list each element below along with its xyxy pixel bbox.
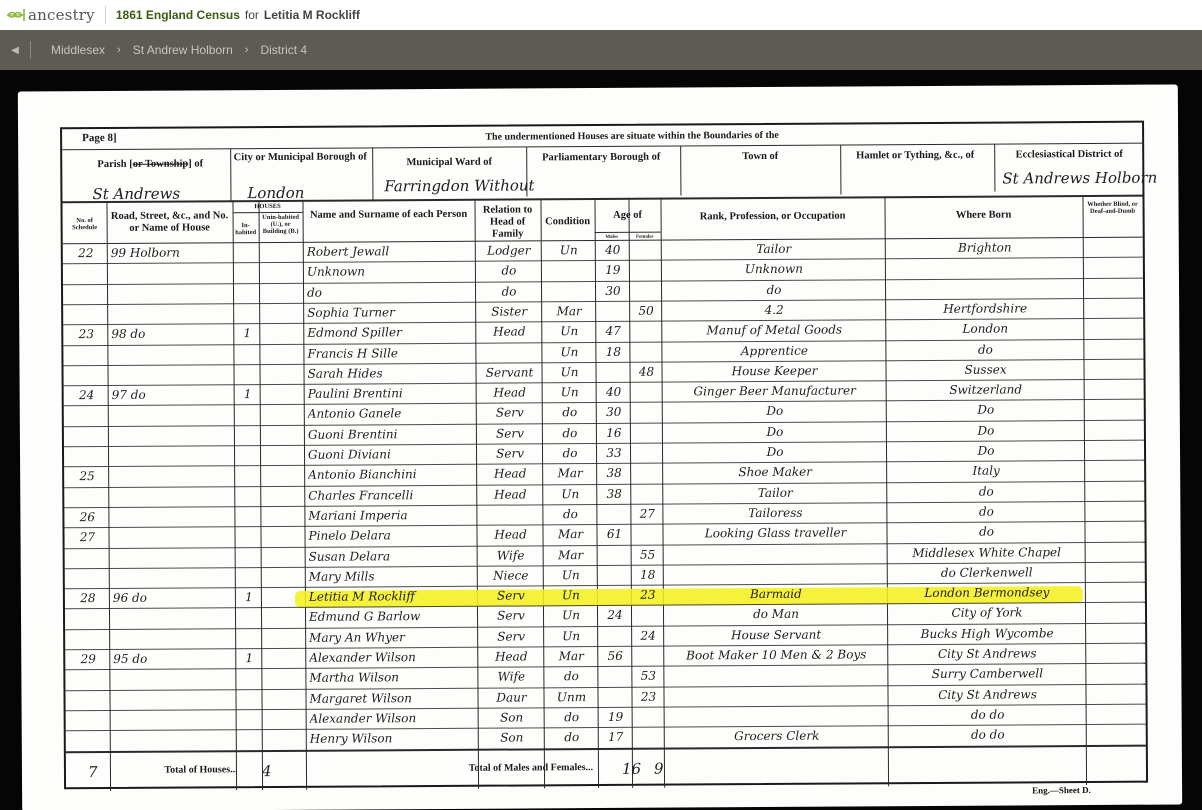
record-title: 1861 England Census [116,8,240,22]
cell-occupation: House Servant [667,627,885,642]
cell-occupation: Barmaid [667,586,885,601]
cell-condition: Un [547,608,595,622]
cell-occupation: Ginger Beer Manufacturer [666,383,884,398]
cell-male: 16 [600,426,628,440]
cell-female: 24 [635,628,661,642]
cell-relation: Head [480,385,540,399]
cell-name: Edmund G Barlow [309,609,475,624]
cell-occupation: Tailor [666,485,884,500]
cell-name: Sarah Hides [307,366,473,381]
cell-condition: Mar [546,527,594,541]
cell-road [112,408,232,409]
breadcrumb-item-county[interactable]: Middlesex [51,43,105,57]
total-houses-label: Total of Houses... [146,764,256,777]
total-schedules: 7 [88,763,98,781]
cell-relation: Wife [481,548,541,562]
column-header-males: Males [595,234,629,241]
town-header: Town of [680,151,840,164]
cell-name: Henry Wilson [310,731,476,746]
cell-born: Switzerland [890,382,1082,397]
cell-road [111,347,231,348]
cell-name: Alexander Wilson [309,650,475,665]
city-header: City or Municipal Borough of [230,151,370,164]
cell-male: 47 [599,324,627,338]
cell-name: Mary Mills [309,569,475,584]
cell-born: Bucks High Wycombe [891,626,1083,641]
cell-road [112,448,232,449]
cell-name: Margaret Wilson [309,690,475,705]
column-header-inhabited: In-habited [234,222,258,236]
cell-born: London [889,321,1081,336]
cell-condition: Un [547,629,595,643]
cell-male: 40 [599,243,627,257]
cell-male: 18 [599,344,627,358]
cell-road [113,631,233,632]
column-header-condition: Condition [543,216,593,228]
cell-condition: Unm [547,690,595,704]
leaf-sprout-icon [6,7,26,23]
cell-occupation: Apprentice [665,343,883,358]
cell-relation: Head [479,325,539,339]
cell-born: City St Andrews [891,687,1083,702]
cell-occupation [667,546,885,547]
cell-name: Mary An Whyer [309,629,475,644]
cell-schedule: 24 [68,388,106,402]
chevron-right-icon: › [117,44,121,56]
column-header-females: Females [629,234,661,241]
cell-born: do [889,342,1081,357]
cell-female: 53 [635,669,661,683]
ecclesiastical-header: Ecclesiastical District of [994,149,1144,162]
parliamentary-header: Parliamentary Borough of [526,152,676,165]
cell-born: Surry Camberwell [891,666,1083,681]
cell-born [889,260,1081,261]
cell-male: 30 [600,405,628,419]
cell-born: City of York [891,605,1083,620]
cell-relation: Lodger [479,243,539,257]
column-divider [258,200,263,789]
header-divider [105,6,106,24]
cell-road [113,611,233,612]
cell-road [113,570,233,571]
cell-female: 55 [635,547,661,561]
column-header-born: Where Born [887,209,1081,222]
cell-name: Guoni Diviani [308,447,474,462]
person-name: Letitia M Rockliff [264,8,360,22]
cell-name: Letitia M Rockliff [309,589,475,604]
column-header-uninhabited: Unin-habited (U.), or Building (B.) [260,214,302,235]
cell-condition: Mar [547,548,595,562]
cell-name: Pinelo Delara [308,528,474,543]
cell-male: 30 [599,283,627,297]
cell-born: City St Andrews [891,646,1083,661]
ward-value: Farringdon Without [384,176,534,195]
cell-name: Paulini Brentini [308,386,474,401]
cell-occupation [667,566,885,567]
column-divider [232,200,237,789]
cell-inhabited: 1 [239,590,259,604]
cell-born: London Bermondsey [891,585,1083,600]
cell-schedule: 23 [67,327,105,341]
cell-born: Sussex [889,362,1081,377]
column-divider [884,196,889,785]
column-header-houses: HOUSES [232,203,302,210]
cell-born: Brighton [889,240,1081,255]
cell-female: 23 [635,689,661,703]
cell-occupation: Boot Maker 10 Men & 2 Boys [667,647,885,662]
cell-relation: Servant [479,365,539,379]
cell-born: Do [890,423,1082,438]
cell-name: Edmond Spiller [307,325,473,340]
column-header-relation: Relation to Head of Family [477,204,539,240]
cell-occupation: Grocers Clerk [668,728,886,743]
cell-occupation: Do [666,424,884,439]
cell-occupation: Looking Glass traveller [666,525,884,540]
cell-condition: do [546,426,594,440]
cell-relation: Head [480,487,540,501]
cell-schedule: 28 [69,591,107,605]
cell-road [112,367,232,368]
cell-born: Do [890,402,1082,417]
cell-born: Hertfordshire [889,301,1081,316]
cell-name: Antonio Bianchini [308,467,474,482]
cell-occupation: do Man [667,607,885,622]
cell-male: 33 [600,446,628,460]
ancestry-logo[interactable]: ancestry [6,6,95,24]
cell-male: 61 [600,527,628,541]
cell-relation: Serv [480,426,540,440]
cell-road: 98 do [111,326,231,341]
cell-road [112,529,232,530]
cell-name: Mariani Imperia [308,508,474,523]
cell-relation: Son [482,731,542,745]
cell-male: 17 [602,730,630,744]
cell-relation: Head [481,649,541,663]
cell-born: do [890,524,1082,539]
cell-condition: Mar [547,649,595,663]
cell-road: 99 Holborn [111,245,231,260]
cell-female: 23 [635,588,661,602]
total-houses-value: 4 [262,762,272,780]
column-header-name: Name and Surname of each Person [305,209,473,222]
cell-road: 97 do [112,387,232,402]
total-females: 9 [654,759,664,777]
ward-header: Municipal Ward of [374,156,524,169]
cell-condition: Un [545,324,593,338]
cell-road [111,306,231,307]
cell-condition: Mar [546,466,594,480]
cell-name: Francis H Sille [307,345,473,360]
cell-name: Unknown [307,264,473,279]
cell-occupation: Tailor [665,241,883,256]
cell-occupation: Do [666,444,884,459]
chevron-right-icon: › [245,44,249,56]
cell-relation: do [479,284,539,298]
cell-name: Robert Jewall [307,244,473,259]
cell-born [889,281,1081,282]
cell-born: Do [890,443,1082,458]
cell-relation: Niece [481,568,541,582]
cell-name: do [307,284,473,299]
cell-occupation: Manuf of Metal Goods [665,322,883,337]
cell-male: 19 [599,263,627,277]
cell-schedule: 22 [67,246,105,260]
column-header-road: Road, Street, &c., and No. or Name of Ho… [109,210,231,235]
cell-occupation: Tailoress [666,505,884,520]
cell-occupation [668,708,886,709]
cell-name: Guoni Brentini [308,426,474,441]
column-divider [106,201,111,790]
cell-born: do [890,504,1082,519]
breadcrumb-item-district[interactable]: District 4 [260,43,307,57]
census-page-image: Page 8] The undermentioned Houses are si… [18,84,1182,810]
banner-text: The undermentioned Houses are situate wi… [432,130,832,144]
ecclesiastical-value: St Andrews Holborn [1002,169,1157,188]
cell-road [114,732,234,733]
cell-relation: Wife [481,670,541,684]
cell-occupation: Shoe Maker [666,465,884,480]
cell-born: Italy [890,463,1082,478]
cell-condition: Un [547,588,595,602]
cell-name: Susan Delara [309,548,475,563]
cell-relation: Head [480,467,540,481]
cell-road [112,509,232,510]
cell-relation: Serv [480,446,540,460]
cell-condition: Un [545,345,593,359]
column-header-occupation: Rank, Profession, or Occupation [663,210,883,223]
cell-name: Charles Francelli [308,487,474,502]
page-label: Page 8] [82,132,117,144]
cell-relation: Serv [480,406,540,420]
cell-relation: Head [480,528,540,542]
cell-condition: do [548,710,596,724]
hamlet-header: Hamlet or Tything, &c., of [840,150,990,163]
cell-female: 27 [634,507,660,521]
cell-condition: do [546,405,594,419]
breadcrumb: ◀ Middlesex › St Andrew Holborn › Distri… [0,30,1202,70]
sheet-note: Eng.—Sheet D. [1032,785,1091,795]
title-for: for [245,8,259,22]
cell-relation: Serv [481,629,541,643]
image-viewer[interactable]: Page 8] The undermentioned Houses are si… [0,70,1202,810]
cell-relation: Serv [481,588,541,602]
cell-occupation: 4.2 [665,302,883,317]
total-persons-label: Total of Males and Females... [446,761,616,774]
cell-male: 56 [601,649,629,663]
cell-occupation [667,688,885,689]
column-header-age: Age of [595,210,661,222]
cell-born: do do [892,727,1084,742]
cell-road [111,286,231,287]
cell-male: 40 [600,385,628,399]
cell-male: 24 [601,608,629,622]
cell-relation: Serv [481,609,541,623]
cell-schedule: 29 [69,652,107,666]
cell-condition: Un [545,243,593,257]
cell-condition: do [546,507,594,521]
cell-inhabited: 1 [237,326,257,340]
cell-male: 19 [602,710,630,724]
cell-born: do Clerkenwell [891,565,1083,580]
cell-road [111,266,231,267]
cell-road: 96 do [113,590,233,605]
cell-schedule: 27 [68,530,106,544]
triangle-left-icon: ◀ [11,45,19,56]
cell-name: Martha Wilson [309,670,475,685]
cell-relation: Son [482,710,542,724]
cell-road [114,712,234,713]
cell-condition: do [548,730,596,744]
cell-born: do do [892,707,1084,722]
census-form: Page 8] The undermentioned Houses are si… [60,121,1148,789]
cell-relation: Daur [481,690,541,704]
cell-road [113,550,233,551]
cell-name: Antonio Ganele [308,406,474,421]
cell-condition: Un [545,365,593,379]
cell-road [113,692,233,693]
column-divider [628,198,633,787]
cell-condition: do [546,446,594,460]
cell-female: 50 [633,304,659,318]
cell-occupation [667,668,885,669]
cell-born: do [890,484,1082,499]
cell-occupation: Unknown [665,262,883,277]
cell-road [112,428,232,429]
cell-condition: Un [546,385,594,399]
column-header-blind: Whether Blind, or Deaf-and-Dumb [1085,201,1141,215]
cell-relation: do [479,264,539,278]
cell-condition: Un [547,568,595,582]
top-header: ancestry 1861 England Census for Letitia… [0,0,1202,30]
cell-schedule: 26 [68,510,106,524]
column-header-schedule: No. of Schedule [65,217,105,231]
cell-inhabited: 1 [239,651,259,665]
cell-male: 38 [600,466,628,480]
back-button[interactable]: ◀ [0,30,30,70]
cell-name: Alexander Wilson [310,711,476,726]
cell-occupation: do [665,282,883,297]
cell-male: 38 [600,486,628,500]
cell-road [112,489,232,490]
cell-relation: Sister [479,304,539,318]
cell-born: Middlesex White Chapel [891,545,1083,560]
cell-road [113,672,233,673]
breadcrumb-item-parish[interactable]: St Andrew Holborn [133,43,233,57]
cell-inhabited: 1 [238,387,258,401]
logo-text: ancestry [28,6,95,24]
cell-name: Sophia Turner [307,305,473,320]
cell-road [112,469,232,470]
cell-condition: Mar [545,304,593,318]
cell-condition: Un [546,487,594,501]
cell-schedule: 25 [68,469,106,483]
cell-condition: do [547,669,595,683]
nav-divider [30,41,31,59]
parish-header: Parish [or Township] of [70,158,230,171]
cell-occupation: Do [666,404,884,419]
cell-female: 18 [635,567,661,581]
cell-road: 95 do [113,651,233,666]
cell-occupation: House Keeper [665,363,883,378]
cell-female: 48 [633,364,659,378]
